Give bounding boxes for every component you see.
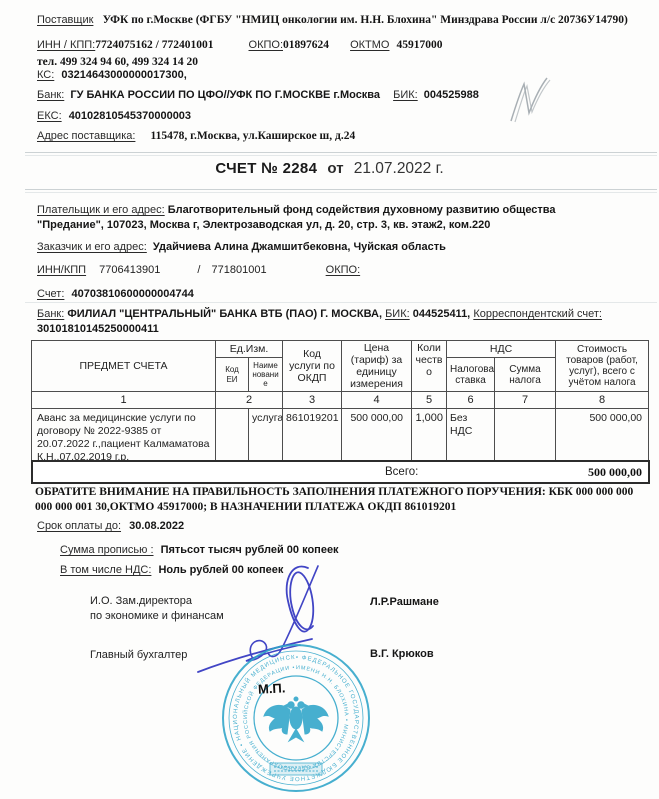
col-unit-name-header: Наименование [249, 358, 283, 392]
invoice-document: Поставщик УФК по г.Москве (ФГБУ "НМИЦ он… [0, 0, 659, 799]
payer-inn-label: ИНН/КПП [37, 264, 86, 276]
col-number: 8 [556, 392, 649, 409]
col-number: 4 [342, 392, 412, 409]
bank-value: ГУ БАНКА РОССИИ ПО ЦФО//УФК ПО Г.МОСКВЕ … [70, 89, 380, 101]
divider [25, 155, 657, 156]
col-number: 5 [412, 392, 447, 409]
items-table: ПРЕДМЕТ СЧЕТА Ед.Изм. Код услуги по ОКДП… [31, 340, 649, 471]
eks-line: ЕКС: 40102810545370000003 [37, 110, 191, 122]
payer-account-line: Счет: 40703810600000004744 [37, 288, 194, 300]
payer-bik-value: 044525411, [413, 308, 471, 320]
phone-line: тел. 499 324 94 60, 499 324 14 20 [37, 56, 198, 68]
payer-account-label: Счет: [37, 288, 64, 300]
oktmo-value: 45917000 [397, 39, 443, 51]
col-number: 6 [447, 392, 495, 409]
payer-bank-label: Банк: [37, 308, 64, 320]
ks-label: КС: [37, 69, 54, 81]
vat-words-label: В том числе НДС: [60, 564, 151, 576]
customer-label: Заказчик и его адрес: [37, 241, 147, 253]
supplier-value: УФК по г.Москве (ФГБУ "НМИЦ онкологии им… [103, 14, 628, 26]
inn-kpp-label: ИНН / КПП: [37, 39, 95, 51]
supplier-label: Поставщик [37, 14, 93, 26]
col-vat-rate-header: Налоговая ставка [447, 358, 495, 392]
payer-bank-value: ФИЛИАЛ "ЦЕНТРАЛЬНЫЙ" БАНКА ВТБ (ПАО) Г. … [67, 308, 382, 320]
col-unit-code-header: Код ЕИ [216, 358, 249, 392]
col-number: 3 [283, 392, 342, 409]
vat-words-line: В том числе НДС: Ноль рублей 00 копеек [60, 564, 283, 576]
amount-words-line: Сумма прописью : Пятьсот тысяч рублей 00… [60, 544, 339, 556]
payer-inn-slash: / [197, 264, 200, 276]
bank-label: Банк: [37, 89, 64, 101]
stamp-place-label: М.П. [258, 680, 286, 696]
eks-value: 40102810545370000003 [69, 110, 191, 122]
payer-corr-label: Корреспондентский счет: [473, 308, 602, 320]
director-name: Л.Р.Рашмане [370, 596, 439, 608]
stamp-ring-outer-text: • ФЕДЕРАЛЬНОЕ ГОСУДАРСТВЕННОЕ БЮДЖЕТНОЕ … [233, 655, 359, 781]
pencil-check-mark [511, 78, 550, 122]
inn-kpp-value: 7724075162 / 772401001 [95, 39, 213, 51]
col-subject-header: ПРЕДМЕТ СЧЕТА [32, 341, 216, 392]
col-number: 7 [495, 392, 556, 409]
accountant-title: Главный бухгалтер [90, 648, 187, 663]
payer-corr-value: 30101810145250000411 [37, 323, 159, 335]
payer-okpo-label: ОКПО: [326, 264, 360, 276]
payer-bank-line: Банк: ФИЛИАЛ "ЦЕНТРАЛЬНЫЙ" БАНКА ВТБ (ПА… [37, 307, 642, 337]
amount-words-label: Сумма прописью : [60, 544, 154, 556]
divider [25, 302, 657, 303]
address-value: 115478, г.Москва, ул.Каширское ш, д.24 [150, 130, 355, 142]
due-value: 30.08.2022 [129, 520, 184, 532]
ks-line: КС: 03214643000000017300, [37, 69, 187, 81]
stamp-code-box [270, 763, 322, 775]
invoice-title: СЧЕТ № 2284 от 21.07.2022 г. [0, 160, 659, 178]
col-qty-header: Количество [412, 341, 447, 392]
payer-bik-label: БИК: [385, 308, 410, 320]
phone-value: тел. 499 324 94 60, 499 324 14 20 [37, 56, 198, 68]
customer-line: Заказчик и его адрес: Удайчиева Алина Дж… [37, 241, 446, 253]
payer-inn-value: 7706413901 [99, 264, 160, 276]
vat-words-value: Ноль рублей 00 копеек [158, 564, 283, 576]
col-okdp-header: Код услуги по ОКДП [283, 341, 342, 392]
total-row: Всего: 500 000,00 [31, 460, 650, 484]
bik-label: БИК: [393, 89, 418, 101]
payer-inn-line: ИНН/КПП 7706413901 / 771801001 ОКПО: [37, 264, 360, 276]
divider [25, 189, 657, 190]
oktmo-label: ОКТМО [350, 39, 389, 51]
customer-value: Удайчиева Алина Джамшитбековна, Чуйская … [153, 241, 446, 253]
due-label: Срок оплаты до: [37, 520, 121, 532]
col-number: 2 [216, 392, 283, 409]
payer-account-value: 40703810600000004744 [71, 288, 193, 300]
amount-words-value: Пятьсот тысяч рублей 00 копеек [161, 544, 339, 556]
payer-label: Плательщик и его адрес: [37, 204, 165, 216]
accountant-name: В.Г. Крюков [370, 648, 434, 660]
supplier-address-line: Адрес поставщика: 115478, г.Москва, ул.К… [37, 130, 355, 142]
payment-notice: ОБРАТИТЕ ВНИМАНИЕ НА ПРАВИЛЬНОСТЬ ЗАПОЛН… [35, 485, 647, 515]
okpo-value: 01897624 [283, 39, 329, 51]
total-value: 500 000,00 [588, 465, 642, 480]
invoice-number: СЧЕТ № 2284 [215, 160, 317, 177]
invoice-date: 21.07.2022 г. [354, 160, 444, 177]
col-vat-header: НДС [447, 341, 556, 358]
bik-value: 004525988 [424, 89, 479, 101]
director-title: И.О. Зам.директора по экономике и финанс… [90, 594, 224, 624]
eagle-emblem [264, 697, 328, 741]
supplier-inn-line: ИНН / КПП:7724075162 / 772401001 ОКПО:01… [37, 39, 443, 51]
payer-kpp-value: 771801001 [212, 264, 267, 276]
col-number: 1 [32, 392, 216, 409]
supplier-line: Поставщик УФК по г.Москве (ФГБУ "НМИЦ он… [37, 14, 628, 26]
director-signature [268, 566, 318, 657]
eks-label: ЕКС: [37, 110, 62, 122]
divider [25, 152, 657, 153]
director-title-line1: И.О. Зам.директора [90, 594, 224, 609]
director-title-line2: по экономике и финансам [90, 609, 224, 624]
accountant-signature [198, 639, 312, 672]
payer-line: Плательщик и его адрес: Благотворительны… [37, 203, 612, 233]
divider [25, 192, 657, 193]
supplier-bank-line: Банк: ГУ БАНКА РОССИИ ПО ЦФО//УФК ПО Г.М… [37, 89, 479, 101]
col-price-header: Цена (тариф) за единицу измерения [342, 341, 412, 392]
invoice-ot: от [327, 160, 343, 177]
col-vat-sum-header: Сумма налога [495, 358, 556, 392]
official-stamp: • ФЕДЕРАЛЬНОЕ ГОСУДАРСТВЕННОЕ БЮДЖЕТНОЕ … [223, 645, 369, 791]
due-line: Срок оплаты до: 30.08.2022 [37, 520, 184, 532]
col-total-header: Стоимость товаров (работ, услуг), всего … [556, 341, 649, 392]
col-unit-header: Ед.Изм. [216, 341, 283, 358]
okpo-label: ОКПО: [249, 39, 283, 51]
total-label: Всего: [385, 466, 418, 478]
address-label: Адрес поставщика: [37, 130, 135, 142]
ks-value: 03214643000000017300, [61, 69, 186, 81]
